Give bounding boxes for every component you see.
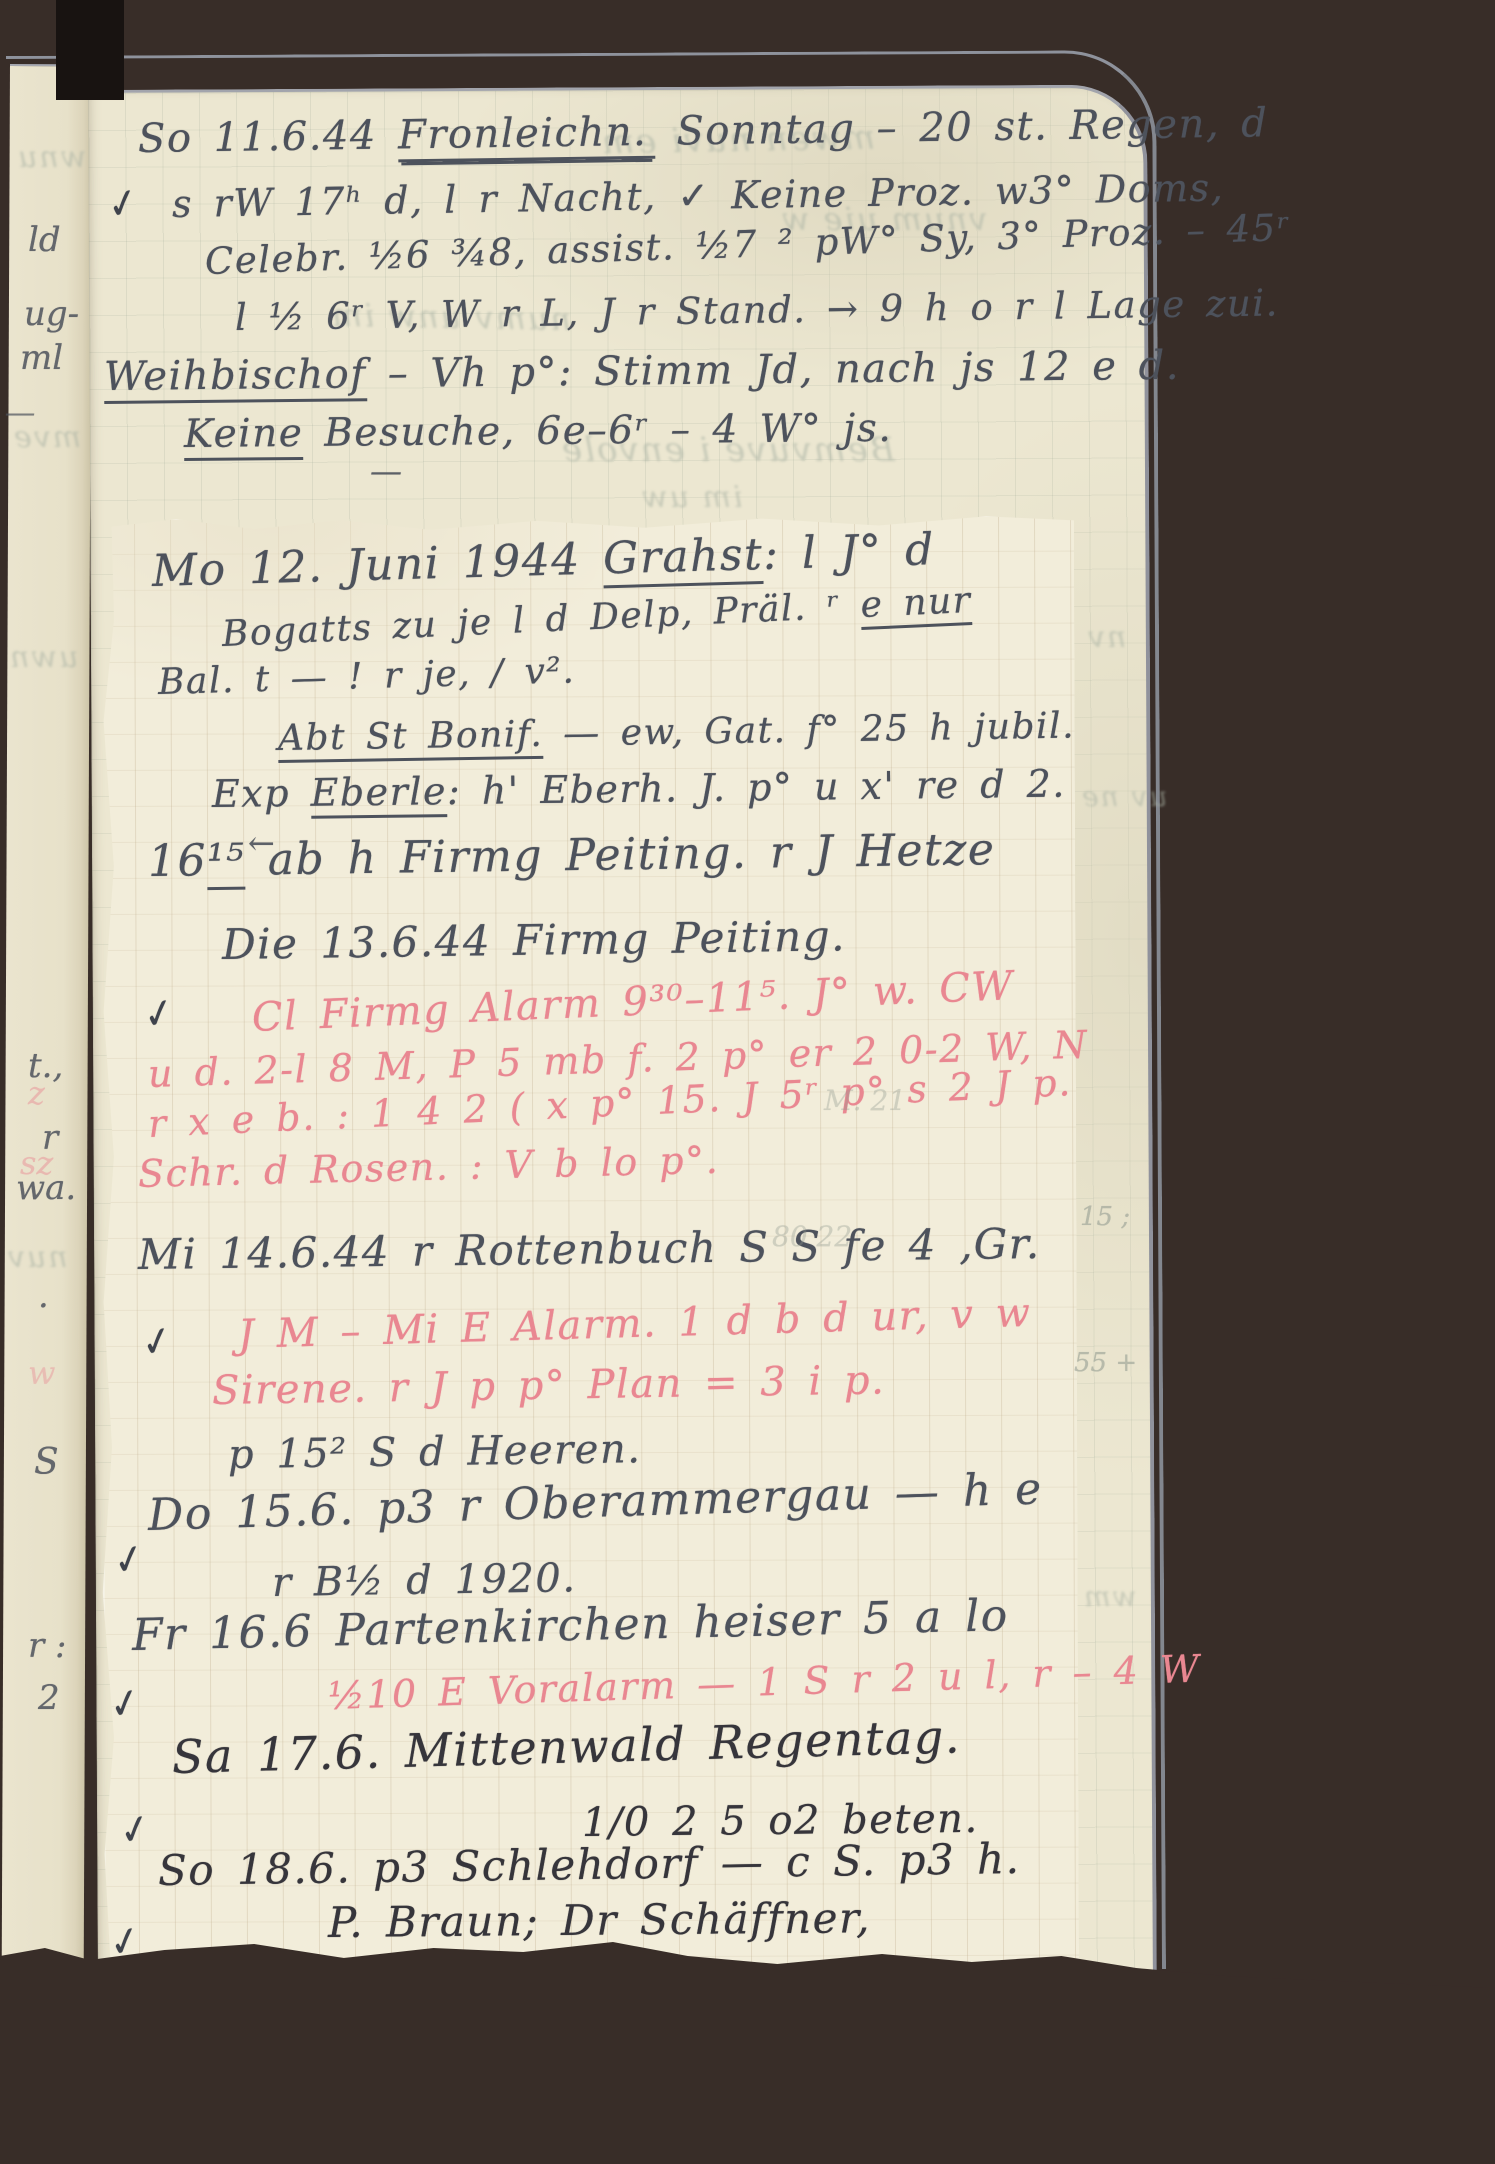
margin-checkmark: ✓ [106, 1679, 144, 1731]
annotation-mark: M. 21 [824, 1084, 906, 1117]
handwriting-line: So 11.6.44 Fronleichn. Sonntag – 20 st. … [138, 100, 1269, 162]
handwriting-line: Bal. t — ! r je, / v². [157, 650, 575, 703]
handwriting-line: P. Braun; Dr Schäffner, [328, 1893, 871, 1947]
handwriting-line: Keine Besuche, 6e–6ʳ – 4 W° js. [184, 406, 893, 457]
left-page-text-fragment: 2 [38, 1678, 60, 1718]
handwriting-line: Weihbischof – Vh p°: Stimm Jd, nach js 1… [104, 343, 1180, 400]
handwriting-line: r B½ d 1920. [272, 1555, 577, 1606]
spine-notch [56, 0, 124, 100]
handwriting-line: p 15² S d Heeren. [228, 1426, 642, 1478]
handwriting-line: Exp Eberle: h' Eberh. J. p° u x' re d 2. [212, 762, 1066, 816]
annotation-mark: 55 + [1074, 1348, 1137, 1378]
handwriting-line: Die 13.6.44 Firmg Peiting. [222, 911, 847, 969]
handwriting-layer: So 11.6.44 Fronleichn. Sonntag – 20 st. … [0, 0, 1495, 2164]
handwriting-line: Abt St Bonif. — ew, Gat. f° 25 h jubil. [278, 705, 1076, 759]
margin-checkmark: ✓ [110, 1535, 148, 1587]
handwriting-line: So 18.6. p3 Schlehdorf — c S. p3 h. [158, 1834, 1021, 1895]
left-page-text-fragment: sz [20, 1144, 53, 1182]
left-page-text-fragment: S [34, 1442, 59, 1483]
handwriting-line: J M – Mi E Alarm. 1 d b d ur, v w [237, 1290, 1032, 1358]
margin-checkmark: ✓ [104, 179, 142, 231]
margin-checkmark: ✓ [116, 1805, 154, 1857]
annotation-mark: ← [248, 824, 275, 862]
left-page-text-fragment: ug- [24, 294, 79, 334]
left-page-text-fragment: ld [28, 220, 61, 260]
left-page-text-fragment: z [28, 1074, 45, 1112]
handwriting-line: Fr 16.6 Partenkirchen heiser 5 a lo [131, 1590, 1009, 1661]
handwriting-line: ½10 E Voralarm — 1 S r 2 u l, r – 4 W [327, 1647, 1201, 1718]
margin-checkmark: ✓ [140, 989, 178, 1041]
scanned-diary-scene: mwen nuvi emvnum uie wnumv unw imBemvuve… [0, 0, 1495, 2164]
left-page-text-fragment: ― [6, 396, 34, 429]
left-page-text-fragment: w [28, 1354, 55, 1392]
margin-checkmark: ✓ [138, 1317, 176, 1369]
left-page-text-fragment: · [38, 1286, 49, 1326]
handwriting-line: 16¹⁵ ab h Firmg Peiting. r J Hetze [148, 824, 996, 887]
handwriting-line: Sirene. r J p p° Plan = 3 i p. [212, 1357, 886, 1414]
handwriting-line: Mi 14.6.44 r Rottenbuch S S fe 4 ‚Gr. [138, 1219, 1041, 1279]
annotation-mark: 80 22 [772, 1220, 852, 1253]
handwriting-line: Sa 17.6. Mittenwald Regentag. [171, 1709, 961, 1784]
left-page-text-fragment: ml [20, 338, 63, 378]
annotation-mark: 15 ; [1080, 1202, 1130, 1232]
handwriting-line: Schr. d Rosen. : V b lo p°. [137, 1138, 719, 1196]
handwriting-line: l ½ 6ʳ V, W r L, J r Stand. → 9 h o r l … [235, 281, 1279, 339]
left-page-text-fragment: r : [28, 1626, 67, 1666]
annotation-mark: — [370, 452, 402, 490]
